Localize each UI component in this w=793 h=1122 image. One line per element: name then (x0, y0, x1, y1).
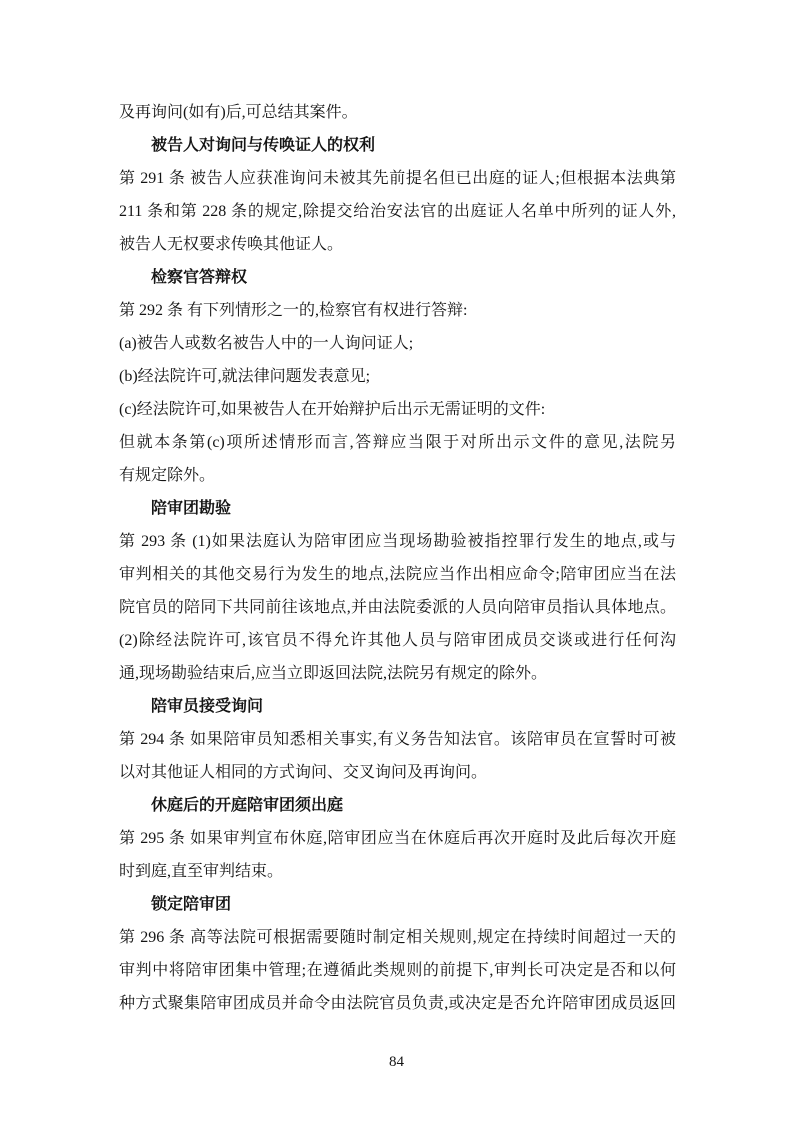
text-line: 第 296 条 高等法院可根据需要随时制定相关规则,规定在持续时间超过一天的 (119, 921, 676, 954)
text-line: 但就本条第(c)项所述情形而言,答辩应当限于对所出示文件的意见,法院另 (119, 426, 676, 459)
text-line: 审判中将陪审团集中管理;在遵循此类规则的前提下,审判长可决定是否和以何 (119, 954, 676, 987)
text-line: 第 291 条 被告人应获准询问未被其先前提名但已出庭的证人;但根据本法典第 (119, 162, 676, 195)
section-heading: 锁定陪审团 (119, 888, 676, 921)
section-heading: 休庭后的开庭陪审团须出庭 (119, 789, 676, 822)
text-line: 审判相关的其他交易行为发生的地点,法院应当作出相应命令;陪审团应当在法 (119, 558, 676, 591)
section-heading: 检察官答辩权 (119, 261, 676, 294)
text-line: (a)被告人或数名被告人中的一人询问证人; (119, 327, 676, 360)
text-line: 第 293 条 (1)如果法庭认为陪审团应当现场勘验被指控罪行发生的地点,或与 (119, 525, 676, 558)
text-line: 第 295 条 如果审判宣布休庭,陪审团应当在休庭后再次开庭时及此后每次开庭 (119, 822, 676, 855)
text-line: 及再询问(如有)后,可总结其案件。 (119, 96, 676, 129)
text-line: 第 294 条 如果陪审员知悉相关事实,有义务告知法官。该陪审员在宣誓时可被 (119, 723, 676, 756)
section-heading: 陪审团勘验 (119, 492, 676, 525)
text-line: 211 条和第 228 条的规定,除提交给治安法官的出庭证人名单中所列的证人外, (119, 195, 676, 228)
text-line: 以对其他证人相同的方式询问、交叉询问及再询问。 (119, 756, 676, 789)
page-number: 84 (389, 1054, 404, 1070)
text-line: (2)除经法院许可,该官员不得允许其他人员与陪审团成员交谈或进行任何沟 (119, 624, 676, 657)
text-line: 种方式聚集陪审团成员并命令由法院官员负责,或决定是否允许陪审团成员返回 (119, 987, 676, 1020)
text-line: 时到庭,直至审判结束。 (119, 855, 676, 888)
text-line: 第 292 条 有下列情形之一的,检察官有权进行答辩: (119, 294, 676, 327)
text-line: 通,现场勘验结束后,应当立即返回法院,法院另有规定的除外。 (119, 657, 676, 690)
section-heading: 陪审员接受询问 (119, 690, 676, 723)
section-heading: 被告人对询问与传唤证人的权利 (119, 129, 676, 162)
text-line: 被告人无权要求传唤其他证人。 (119, 228, 676, 261)
text-line: (b)经法院许可,就法律问题发表意见; (119, 360, 676, 393)
document-page: 及再询问(如有)后,可总结其案件。被告人对询问与传唤证人的权利第 291 条 被… (0, 0, 793, 1122)
text-line: (c)经法院许可,如果被告人在开始辩护后出示无需证明的文件: (119, 393, 676, 426)
page-footer: 84 (0, 1046, 793, 1079)
text-line: 院官员的陪同下共同前往该地点,并由法院委派的人员向陪审员指认具体地点。 (119, 591, 676, 624)
document-body: 及再询问(如有)后,可总结其案件。被告人对询问与传唤证人的权利第 291 条 被… (119, 96, 676, 1020)
text-line: 有规定除外。 (119, 459, 676, 492)
